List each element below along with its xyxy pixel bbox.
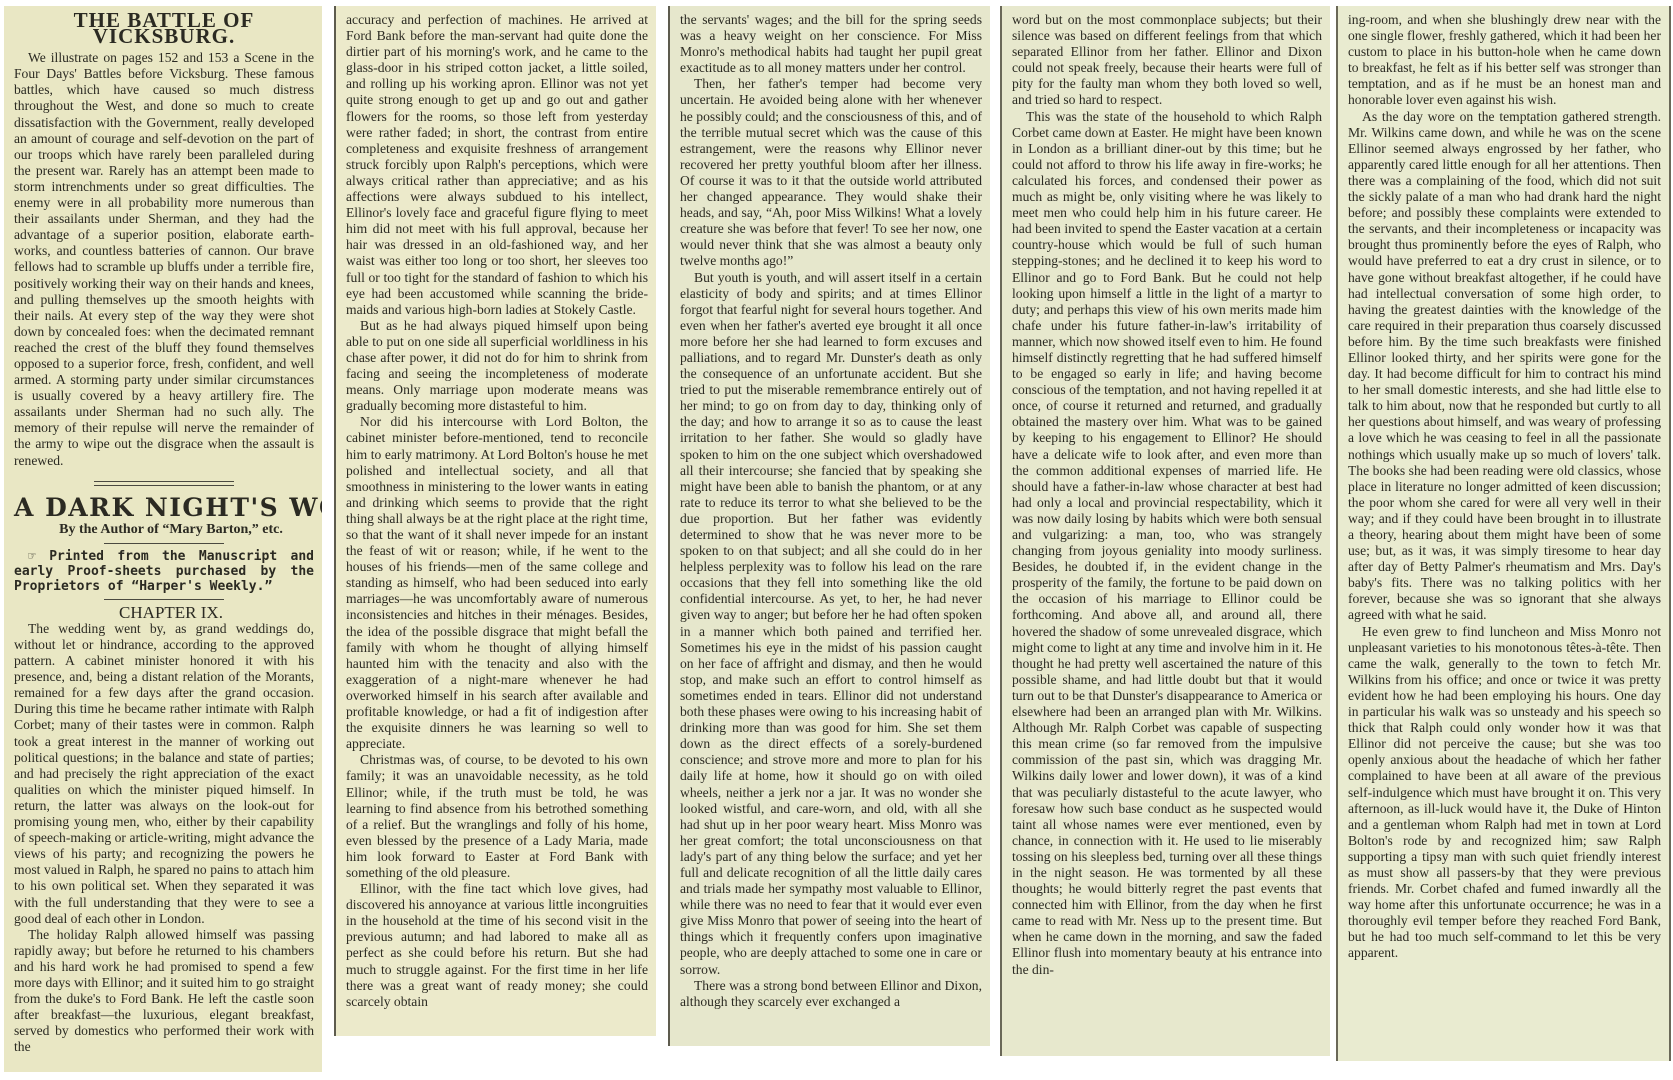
story-paragraph: He even grew to find luncheon and Miss M… — [1348, 624, 1661, 962]
byline-divider — [104, 543, 224, 544]
article-headline-vicksburg: THE BATTLE OF VICKSBURG. — [14, 12, 314, 44]
story-paragraph: The wedding went by, as grand weddings d… — [14, 621, 314, 927]
newspaper-column-5: ing-room, and when she blushingly drew n… — [1336, 6, 1671, 1061]
story-byline: By the Author of “Mary Barton,” etc. — [14, 522, 314, 538]
section-divider — [94, 481, 234, 486]
newspaper-column-1: THE BATTLE OF VICKSBURG. We illustrate o… — [4, 6, 322, 1072]
story-paragraph: ing-room, and when she blushingly drew n… — [1348, 12, 1661, 109]
story-paragraph: This was the state of the household to w… — [1012, 109, 1322, 978]
story-paragraph: There was a strong bond between Ellinor … — [680, 978, 982, 1010]
story-paragraph: As the day wore on the temptation gather… — [1348, 109, 1661, 624]
publication-notice: ☞ Printed from the Manuscript and early … — [14, 549, 314, 594]
story-title: A DARK NIGHT'S WORK. — [14, 500, 314, 516]
newspaper-column-2: accuracy and perfection of machines. He … — [334, 6, 656, 1036]
story-paragraph: But as he had always piqued himself upon… — [346, 318, 648, 415]
newspaper-column-4: word but on the most commonplace subject… — [1000, 6, 1330, 1056]
story-paragraph: Christmas was, of course, to be devoted … — [346, 752, 648, 881]
story-paragraph: accuracy and perfection of machines. He … — [346, 12, 648, 318]
story-paragraph: Then, her father's temper had become ver… — [680, 76, 982, 269]
story-paragraph: word but on the most commonplace subject… — [1012, 12, 1322, 109]
story-paragraph: But youth is youth, and will assert itse… — [680, 270, 982, 978]
story-paragraph: Ellinor, with the fine tact which love g… — [346, 881, 648, 1010]
story-paragraph: the servants' wages; and the bill for th… — [680, 12, 982, 76]
article-paragraph: We illustrate on pages 152 and 153 a Sce… — [14, 50, 314, 468]
story-paragraph: Nor did his intercourse with Lord Bolton… — [346, 414, 648, 752]
notice-divider — [104, 599, 224, 600]
newspaper-column-3: the servants' wages; and the bill for th… — [668, 6, 990, 1046]
chapter-heading: CHAPTER IX. — [14, 605, 314, 621]
story-paragraph: The holiday Ralph allowed himself was pa… — [14, 927, 314, 1056]
